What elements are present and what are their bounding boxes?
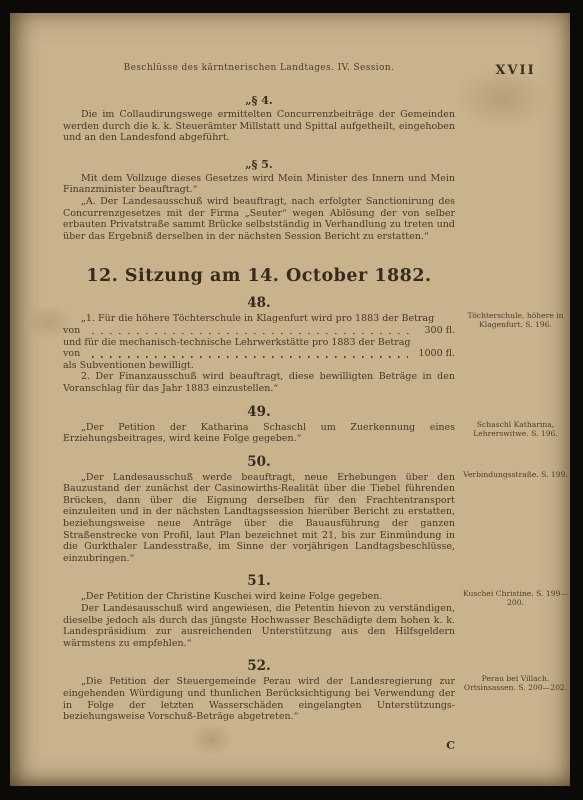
resolution-49: 49. „Der Petition der Katharina Schaschl… [63, 404, 568, 445]
resolution-52: 52. „Die Petition der Steuergemeinde Per… [63, 658, 568, 751]
resolution-50-margin-note: Verbindungsstraße. S. 199. [463, 454, 568, 479]
resolution-52-margin-note: Perau bei Villach. Ortsinsassen. S. 200—… [463, 658, 568, 692]
amount-value-300fl: 300 fl. [424, 325, 455, 337]
page-header: Beschlüsse des kärntnerischen Landtages.… [63, 63, 568, 78]
resolution-48-number: 48. [63, 295, 455, 311]
resolution-52-body: „Die Petition der Steuergemeinde Perau w… [63, 676, 455, 722]
scan-background: Beschlüsse des kärntnerischen Landtages.… [0, 0, 583, 800]
resolution-50-body: „Der Landesausschuß werde beauftragt, ne… [63, 472, 455, 565]
resolution-48-paragraph-2: 2. Der Finanzausschuß wird beauftragt, d… [63, 371, 455, 394]
section-paragraph-4: „§ 4. Die im Collaudirungswege ermittelt… [63, 94, 568, 144]
resolution-50-number: 50. [63, 454, 455, 470]
session-heading: 12. Sitzung am 14. October 1882. [63, 266, 455, 286]
resolution-49-body: „Der Petition der Katharina Schaschl um … [63, 422, 455, 445]
resolution-48-line-3: als Subventionen bewilligt. [63, 360, 455, 372]
resolution-51: 51. „Der Petition der Christine Kuschei … [63, 573, 568, 649]
dot-leader [92, 356, 408, 358]
resolution-49-number: 49. [63, 404, 455, 420]
page-number: XVII [463, 63, 568, 78]
resolution-48-amount-line-2: von 1000 fl. [63, 348, 455, 360]
signature-mark: C [63, 739, 455, 752]
resolution-48: 48. „1. Für die höhere Töchterschule in … [63, 295, 568, 394]
resolution-50: 50. „Der Landesausschuß werde beauftragt… [63, 454, 568, 565]
dot-leader [92, 333, 414, 335]
resolution-51-number: 51. [63, 573, 455, 589]
resolution-51-body-1: „Der Petition der Christine Kuschei wird… [63, 591, 455, 603]
resolution-52-number: 52. [63, 658, 455, 674]
resolution-51-body-2: Der Landesausschuß wird angewiesen, die … [63, 603, 455, 649]
amount-word: von [63, 348, 80, 360]
resolution-51-margin-note: Kuschei Christine. S. 199—200. [463, 573, 568, 607]
section-4-body: Die im Collaudirungswege ermittelten Con… [63, 109, 455, 144]
section-paragraph-5: „§ 5. Mit dem Vollzuge dieses Gesetzes w… [63, 158, 568, 243]
section-5-body-1: Mit dem Vollzuge dieses Gesetzes wird Me… [63, 173, 455, 196]
amount-word: von [63, 325, 80, 337]
running-title: Beschlüsse des kärntnerischen Landtages.… [63, 63, 455, 73]
session-heading-row: 12. Sitzung am 14. October 1882. [63, 242, 568, 286]
resolution-48-line-2: und für die mechanisch-technische Lehrwe… [63, 337, 455, 349]
resolution-49-margin-note: Schaschl Katharina, Lehrerswitwe. S. 196… [463, 404, 568, 438]
resolution-48-line-1: „1. Für die höhere Töchterschule in Klag… [63, 313, 455, 325]
amount-value-1000fl: 1000 fl. [418, 348, 455, 360]
resolution-48-margin-note: Töchterschule, höhere in Klagenfurt. S. … [463, 295, 568, 329]
section-5-heading: „§ 5. [63, 158, 455, 171]
section-5-body-2: „A. Der Landesausschuß wird beauftragt, … [63, 196, 455, 242]
section-4-heading: „§ 4. [63, 94, 455, 107]
resolution-48-amount-line-1: von 300 fl. [63, 325, 455, 337]
document-page: Beschlüsse des kärntnerischen Landtages.… [10, 13, 570, 786]
page-content: Beschlüsse des kärntnerischen Landtages.… [63, 63, 568, 752]
